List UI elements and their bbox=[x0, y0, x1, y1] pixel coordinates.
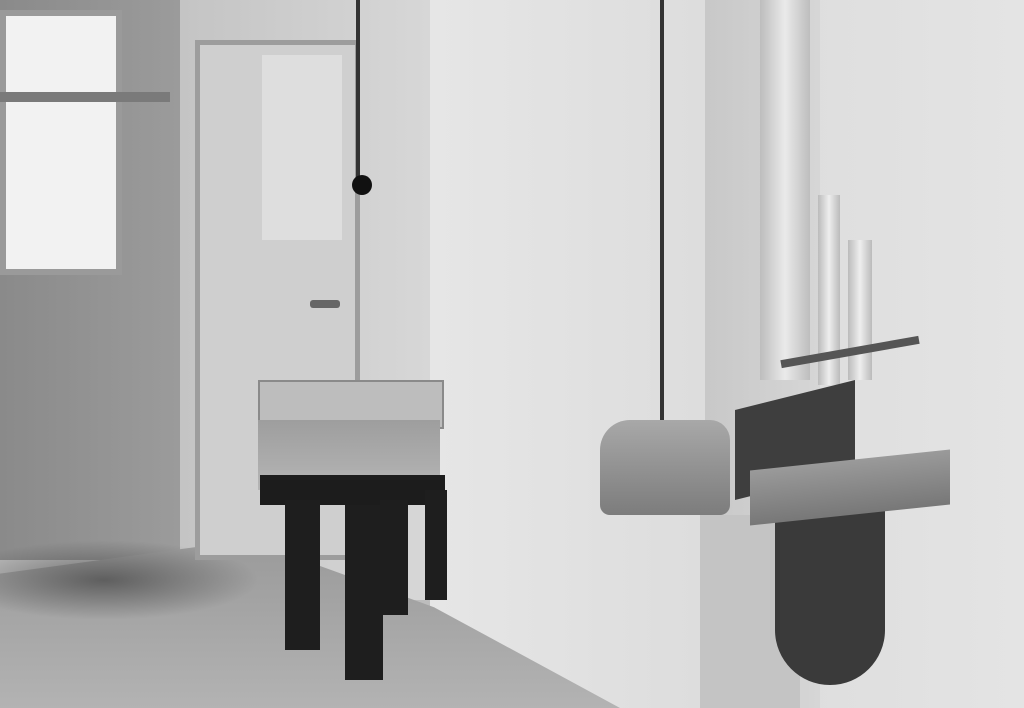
hanging-lamp bbox=[352, 175, 372, 195]
stand-leg bbox=[285, 500, 320, 650]
photo-scene bbox=[0, 0, 1024, 708]
stand-leg bbox=[425, 490, 447, 600]
water-pipe bbox=[848, 240, 872, 380]
door-glass bbox=[262, 55, 342, 240]
stand-leg bbox=[345, 505, 383, 680]
drain-pipe bbox=[760, 0, 810, 380]
saw-guard bbox=[775, 505, 885, 685]
window-rail bbox=[0, 92, 170, 102]
lamp-cord bbox=[356, 0, 360, 185]
door-handle bbox=[310, 300, 340, 308]
window bbox=[0, 10, 122, 275]
power-cord bbox=[660, 0, 664, 420]
stand-leg bbox=[380, 500, 408, 615]
saw-motor bbox=[600, 420, 730, 515]
